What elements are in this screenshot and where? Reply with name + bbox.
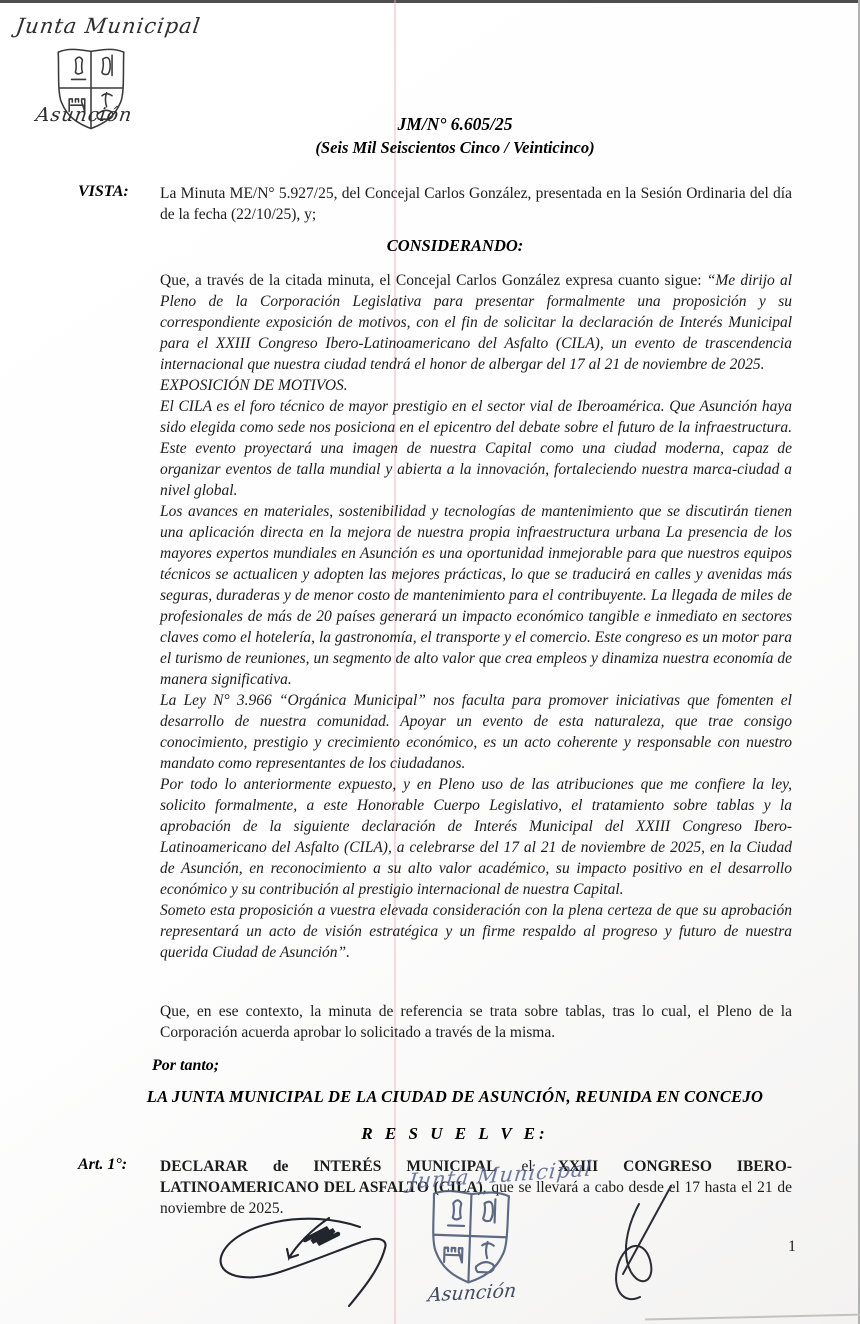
motives-paragraph: Por todo lo anteriormente expuesto, y en… xyxy=(160,774,792,900)
motives-paragraph: La Ley N° 3.966 “Orgánica Municipal” nos… xyxy=(160,690,792,774)
scan-top-edge xyxy=(0,0,860,3)
doc-number-words: (Seis Mil Seiscientos Cinco / Veinticinc… xyxy=(120,138,790,158)
vista-text: La Minuta ME/N° 5.927/25, del Concejal C… xyxy=(160,183,792,225)
por-tanto: Por tanto; xyxy=(152,1057,219,1075)
motives-paragraph: El CILA es el foro técnico de mayor pres… xyxy=(160,396,792,501)
vista-label: VISTA: xyxy=(78,183,129,201)
letterhead-org-script: Junta Municipal xyxy=(14,14,202,38)
motives-paragraph: Someto esta proposición a vuestra elevad… xyxy=(160,900,792,963)
signature-right xyxy=(595,1178,680,1308)
considerando-heading: CONSIDERANDO: xyxy=(120,236,790,256)
page-number: 1 xyxy=(788,1238,796,1256)
considerando-intro: Que, a través de la citada minuta, el Co… xyxy=(160,272,707,289)
stamp-coat-of-arms-icon xyxy=(422,1184,517,1287)
article-1-label: Art. 1°: xyxy=(78,1156,127,1174)
letterhead-city-script: Asunción xyxy=(34,104,133,126)
considerando-body: Que, a través de la citada minuta, el Co… xyxy=(160,270,792,963)
scan-bottom-edge xyxy=(645,1313,860,1320)
stamp-city-script: Asunción xyxy=(427,1280,518,1307)
considerando-closing: Que, en ese contexto, la minuta de refer… xyxy=(160,1001,792,1043)
motives-paragraph: Los avances en materiales, sostenibilida… xyxy=(160,501,792,690)
motives-heading: EXPOSICIÓN DE MOTIVOS. xyxy=(160,375,792,396)
doc-number: JM/N° 6.605/25 xyxy=(120,114,790,135)
resuelve-heading: R E S U E L V E: xyxy=(120,1124,790,1144)
signature-left xyxy=(210,1202,410,1322)
document-page: Junta Municipal Asunción JM/N° 6.605/25 … xyxy=(0,0,860,1324)
assembly-line: LA JUNTA MUNICIPAL DE LA CIUDAD DE ASUNC… xyxy=(120,1087,790,1107)
considerando-paragraph-intro: Que, a través de la citada minuta, el Co… xyxy=(160,270,792,375)
